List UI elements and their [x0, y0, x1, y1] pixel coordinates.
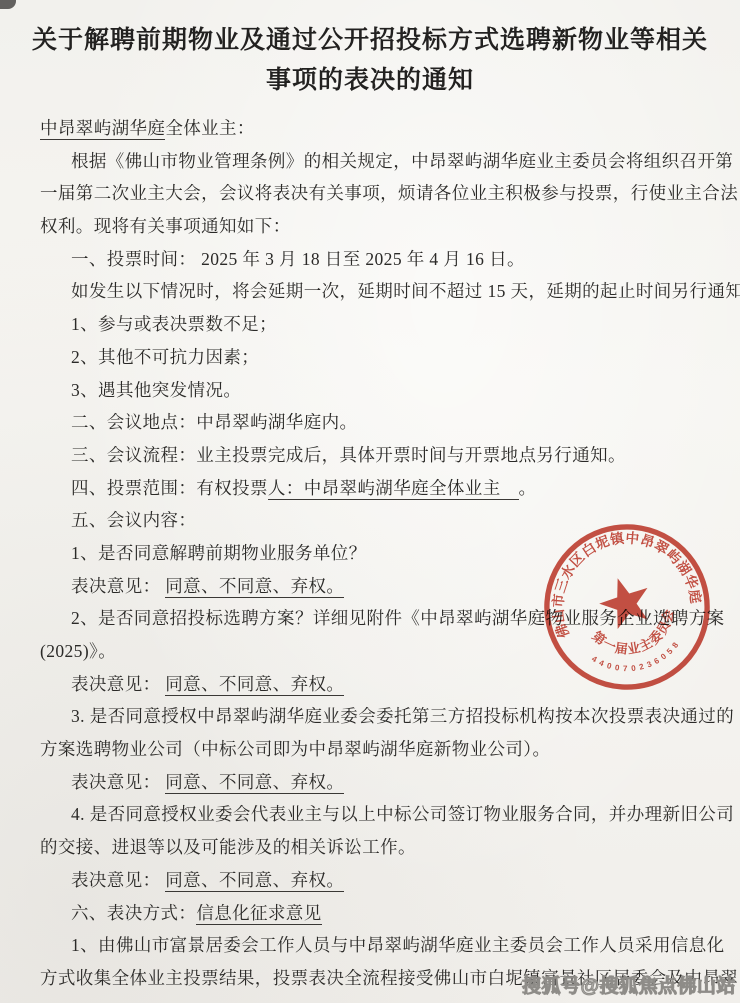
text-segment: 四、投票范围：有权投票	[71, 478, 268, 498]
underlined-text: 同意、不同意、弃权。	[165, 772, 344, 794]
text-segment: 一、投票时间： 2025 年 3 月 18 日至 2025 年 4 月 16 日…	[71, 249, 525, 269]
scan-corner-artifact	[0, 0, 16, 9]
underlined-text: 同意、不同意、弃权。	[165, 576, 344, 598]
doc-line: 六、表决方式：信息化征求意见	[40, 897, 702, 930]
text-segment: (2025)》。	[40, 641, 116, 661]
text-segment: 根据《佛山市物业管理条例》的相关规定，中昂翠屿湖华庭业主委员会将组织召开第	[71, 151, 733, 171]
text-segment: 全体业主：	[165, 118, 255, 138]
text-segment: 六、表决方式：	[71, 903, 196, 923]
doc-line: 五、会议内容：	[40, 504, 702, 537]
text-segment: 。	[519, 478, 537, 498]
doc-line: 表决意见： 同意、不同意、弃权。	[40, 766, 702, 799]
text-segment: 如发生以下情况时，将会延期一次，延期时间不超过 15 天，延期的起止时间另行通知…	[71, 281, 740, 301]
text-segment: 三、会议流程：业主投票完成后，具体开票时间与开票地点另行通知。	[71, 445, 626, 465]
doc-line: 2、是否同意招投标选聘方案？详细见附件《中昂翠屿湖华庭物业服务企业选聘方案	[40, 602, 702, 635]
text-segment: 2、其他不可抗力因素；	[71, 347, 259, 367]
doc-line: 3. 是否同意授权中昂翠屿湖华庭业委会委托第三方招投标机构按本次投票表决通过的	[40, 700, 702, 733]
doc-line: 如发生以下情况时，将会延期一次，延期时间不超过 15 天，延期的起止时间另行通知…	[40, 275, 702, 308]
underlined-text: 人：中昂翠屿湖华庭全体业主	[268, 478, 519, 500]
doc-line: 表决意见： 同意、不同意、弃权。	[40, 570, 702, 603]
doc-line: 四、投票范围：有权投票人：中昂翠屿湖华庭全体业主 。	[40, 472, 702, 505]
text-segment: 二、会议地点：中昂翠屿湖华庭内。	[71, 412, 357, 432]
underlined-text: 中昂翠屿湖华庭	[40, 118, 165, 140]
watermark-sohu: 搜狐号@搜狐焦点佛山站	[522, 971, 736, 998]
text-segment: 1、是否同意解聘前期物业服务单位？	[71, 543, 367, 563]
text-segment: 的交接、进退等以及可能涉及的相关诉讼工作。	[40, 837, 416, 857]
doc-line: 二、会议地点：中昂翠屿湖华庭内。	[40, 406, 702, 439]
text-segment: 表决意见：	[71, 674, 165, 694]
underlined-text: 同意、不同意、弃权。	[165, 674, 344, 696]
doc-line: 一、投票时间： 2025 年 3 月 18 日至 2025 年 4 月 16 日…	[40, 243, 702, 276]
text-segment: 一届第二次业主大会，会议将表决有关事项，烦请各位业主积极参与投票，行使业主合法	[40, 183, 738, 203]
title-line-1: 关于解聘前期物业及通过公开招投标方式选聘新物业等相关	[0, 20, 740, 60]
doc-line: 1、是否同意解聘前期物业服务单位？	[40, 537, 702, 570]
doc-line: 三、会议流程：业主投票完成后，具体开票时间与开票地点另行通知。	[40, 439, 702, 472]
text-segment: 五、会议内容：	[71, 510, 196, 530]
scanned-notice-page: 关于解聘前期物业及通过公开招投标方式选聘新物业等相关 事项的表决的通知 中昂翠屿…	[0, 0, 740, 1003]
doc-line: 根据《佛山市物业管理条例》的相关规定，中昂翠屿湖华庭业主委员会将组织召开第	[40, 145, 702, 178]
doc-line: 4. 是否同意授权业委会代表业主与以上中标公司签订物业服务合同，并办理新旧公司	[40, 798, 702, 831]
text-segment: 权利。现将有关事项通知如下：	[40, 216, 291, 236]
doc-line: 方案选聘物业公司（中标公司即为中昂翠屿湖华庭新物业公司）。	[40, 733, 702, 766]
doc-line: 表决意见： 同意、不同意、弃权。	[40, 864, 702, 897]
doc-line: 1、参与或表决票数不足；	[40, 308, 702, 341]
doc-line: 一届第二次业主大会，会议将表决有关事项，烦请各位业主积极参与投票，行使业主合法	[40, 177, 702, 210]
doc-line: 表决意见： 同意、不同意、弃权。	[40, 668, 702, 701]
underlined-text: 信息化征求意见	[196, 903, 321, 925]
text-segment: 表决意见：	[71, 772, 165, 792]
doc-line: 的交接、进退等以及可能涉及的相关诉讼工作。	[40, 831, 702, 864]
doc-line: 权利。现将有关事项通知如下：	[40, 210, 702, 243]
text-segment: 3、遇其他突发情况。	[71, 380, 241, 400]
text-segment: 4. 是否同意授权业委会代表业主与以上中标公司签订物业服务合同，并办理新旧公司	[71, 804, 734, 824]
title-line-2: 事项的表决的通知	[0, 60, 740, 100]
doc-line: 3、遇其他突发情况。	[40, 374, 702, 407]
doc-line: (2025)》。	[40, 635, 702, 668]
text-segment: 表决意见：	[71, 576, 165, 596]
page-title: 关于解聘前期物业及通过公开招投标方式选聘新物业等相关 事项的表决的通知	[0, 20, 740, 100]
doc-line: 1、由佛山市富景居委会工作人员与中昂翠屿湖华庭业主委员会工作人员采用信息化	[40, 929, 702, 962]
text-segment: 表决意见：	[71, 870, 165, 890]
underlined-text: 同意、不同意、弃权。	[165, 870, 344, 892]
document-body: 中昂翠屿湖华庭全体业主：根据《佛山市物业管理条例》的相关规定，中昂翠屿湖华庭业主…	[40, 112, 702, 995]
text-segment: 2、是否同意招投标选聘方案？详细见附件《中昂翠屿湖华庭物业服务企业选聘方案	[71, 608, 725, 628]
doc-line: 2、其他不可抗力因素；	[40, 341, 702, 374]
text-segment: 3. 是否同意授权中昂翠屿湖华庭业委会委托第三方招投标机构按本次投票表决通过的	[71, 706, 734, 726]
text-segment: 1、由佛山市富景居委会工作人员与中昂翠屿湖华庭业主委员会工作人员采用信息化	[71, 935, 725, 955]
doc-line: 中昂翠屿湖华庭全体业主：	[40, 112, 702, 145]
text-segment: 1、参与或表决票数不足；	[71, 314, 277, 334]
text-segment: 方案选聘物业公司（中标公司即为中昂翠屿湖华庭新物业公司）。	[40, 739, 550, 759]
